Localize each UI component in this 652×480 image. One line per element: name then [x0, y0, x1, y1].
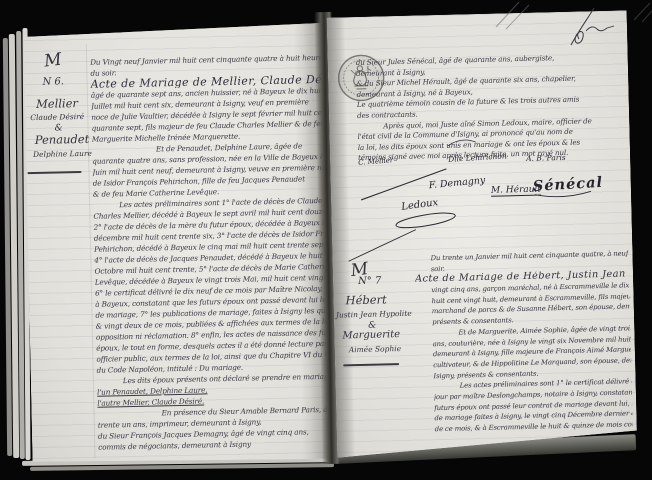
pencil-strokes-icon [496, 2, 652, 29]
overlay-marks [0, 0, 652, 480]
register-scan: M N 6. Mellier Claude Désiré & Penaudet … [0, 0, 652, 480]
corner-paraph-icon [571, 8, 614, 45]
